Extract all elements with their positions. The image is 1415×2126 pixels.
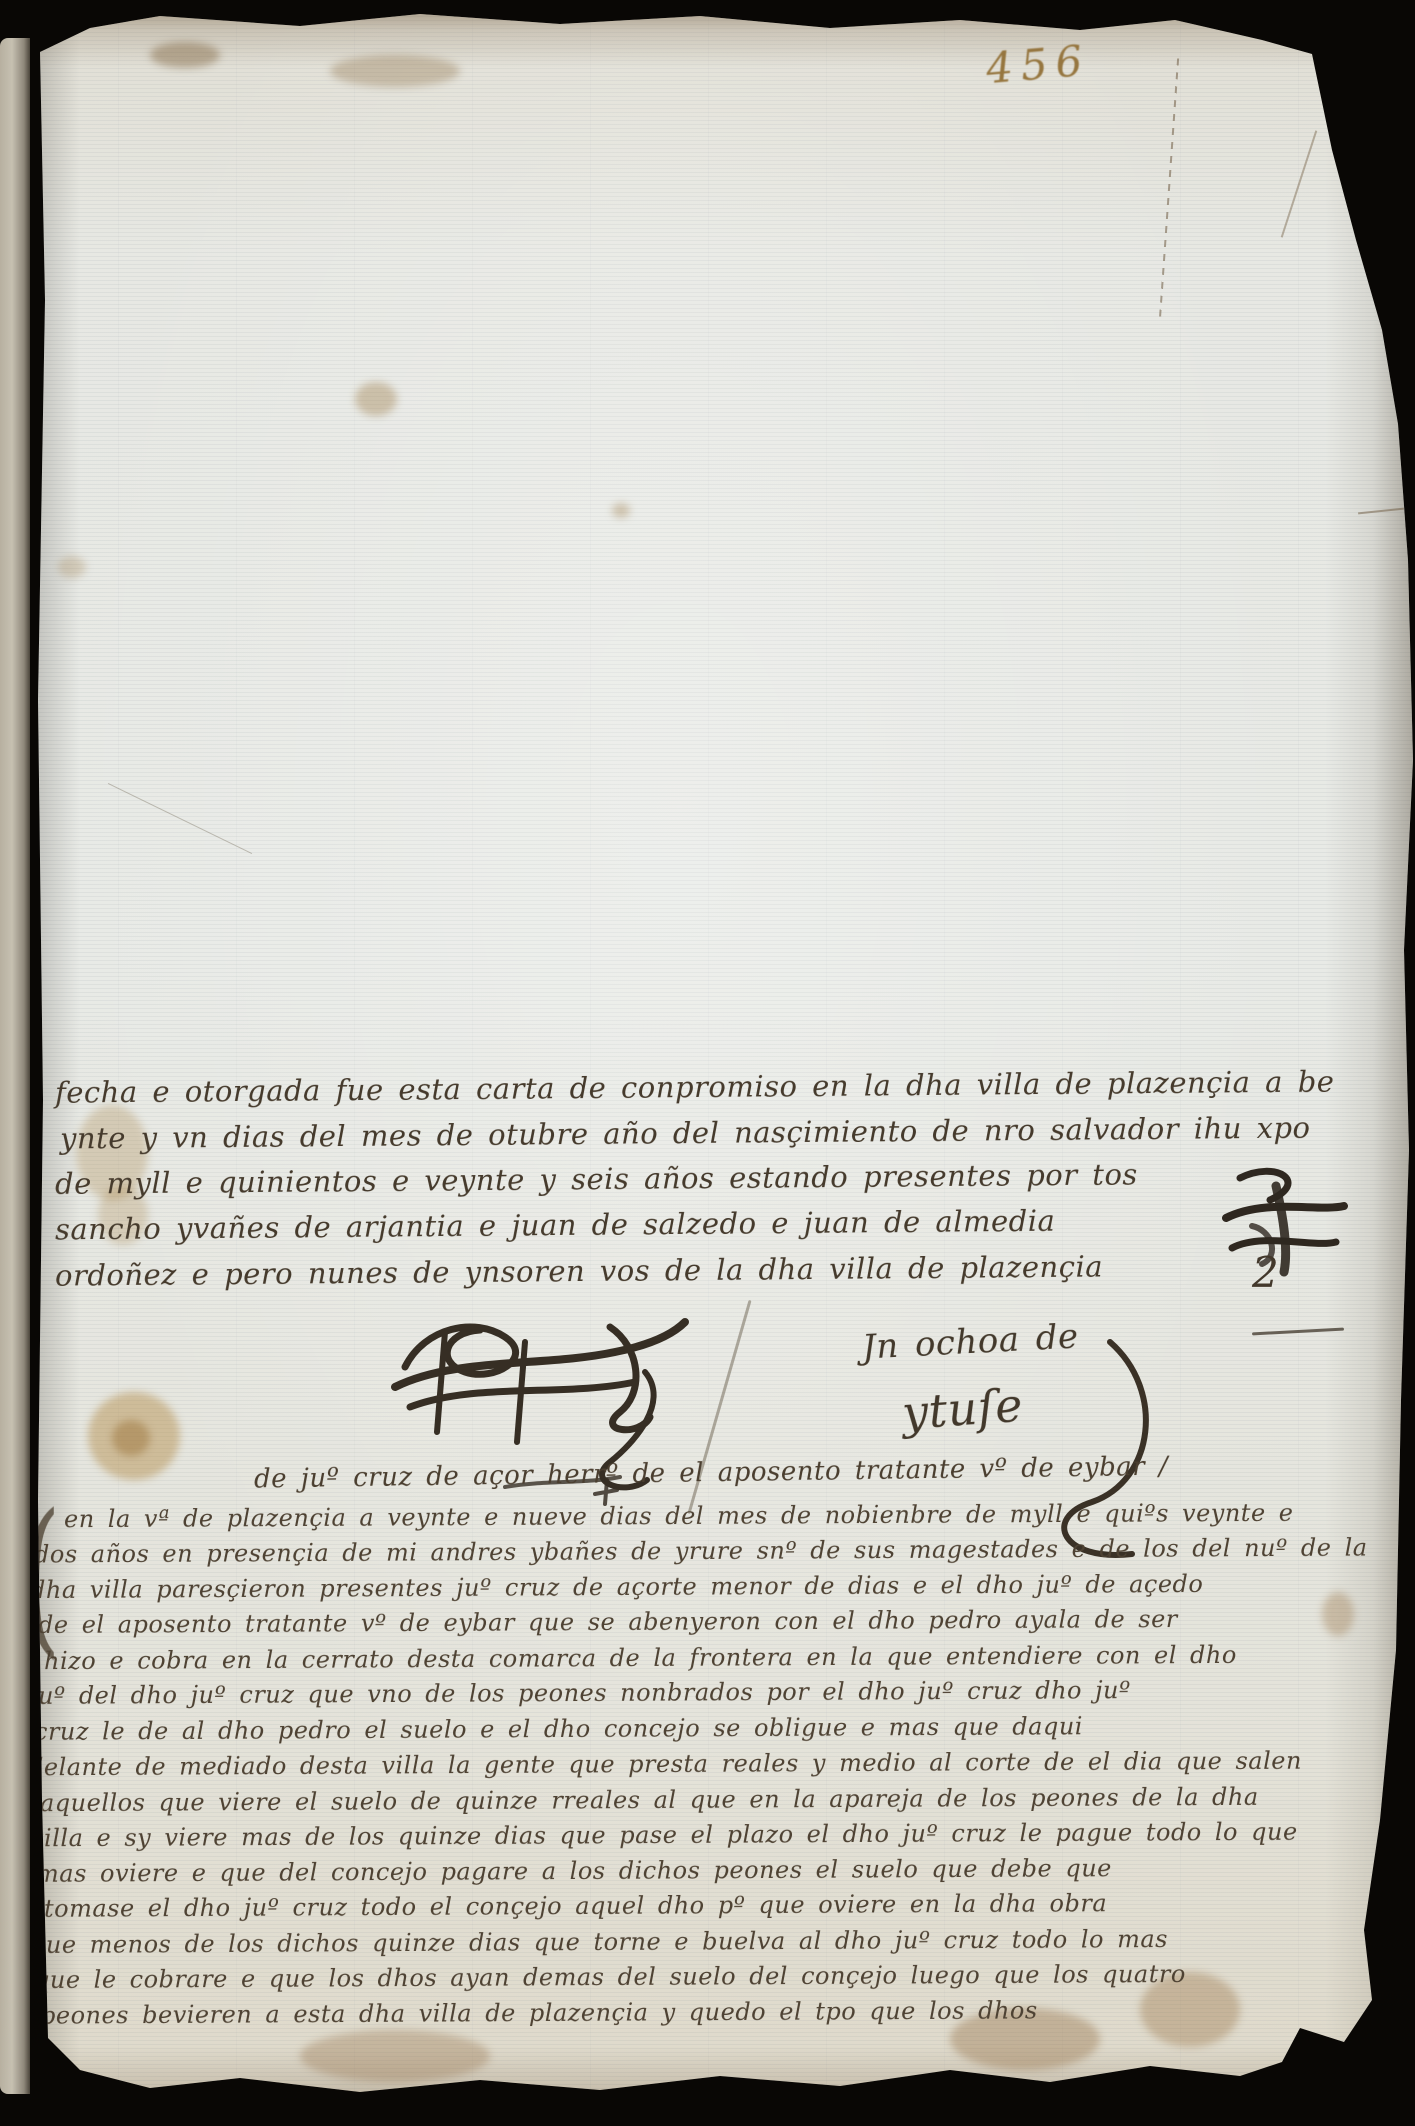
manuscript-line: delante de mediado desta villa la gente … xyxy=(28,1747,1302,1782)
manuscript-line: sancho yvañes de arjantia e juan de salz… xyxy=(55,1204,1056,1247)
paper-crack xyxy=(1281,130,1318,237)
manuscript-line: hizo e cobra en la cerrato desta comarca… xyxy=(44,1641,1237,1675)
photo-background: 456 fecha e otorgada fue esta carta de c… xyxy=(0,0,1415,2126)
stain xyxy=(300,2030,490,2082)
stain xyxy=(88,1392,180,1480)
manuscript-line: de el aposento tratante vº de eybar que … xyxy=(38,1605,1178,1639)
manuscript-line: ynte y vn dias del mes de otubre año del… xyxy=(60,1111,1311,1156)
manuscript-line: juº del dho juº cruz que vno de los peon… xyxy=(30,1676,1131,1710)
stain xyxy=(1322,1592,1354,1636)
manuscript-line: de myll e quinientos e veynte y seis año… xyxy=(55,1157,1138,1200)
paper-crack xyxy=(1358,508,1404,515)
manuscript-line: tomase el dho juº cruz todo el conçejo a… xyxy=(44,1889,1107,1923)
margin-scribble xyxy=(1218,1160,1388,1360)
folio-number: 456 xyxy=(984,36,1092,94)
stain xyxy=(355,382,397,416)
stain xyxy=(612,503,630,518)
manuscript-line: villa e sy viere mas de los quinze dias … xyxy=(30,1818,1298,1853)
paper-fiber xyxy=(108,783,252,854)
stain xyxy=(58,556,86,578)
adjacent-folio-edge xyxy=(0,38,30,2094)
manuscript-line: peones bevieren a esta dha villa de plaz… xyxy=(40,1996,1038,2029)
manuscript-line: que menos de los dichos quinze dias que … xyxy=(30,1925,1168,1959)
manuscript-line: mas oviere e que del concejo pagare a lo… xyxy=(36,1854,1112,1888)
manuscript-page: 456 fecha e otorgada fue esta carta de c… xyxy=(0,0,1415,2126)
manuscript-line: dha villa paresçieron presentes juº cruz… xyxy=(30,1570,1203,1604)
manuscript-line: aquellos que viere el suelo de quinze rr… xyxy=(40,1783,1259,1817)
manuscript-line: cruz le de al dho pedro el suelo e el dh… xyxy=(34,1712,1083,1745)
stain xyxy=(150,42,220,68)
margin-mark: 2 xyxy=(1252,1248,1279,1297)
paper-crack xyxy=(1159,58,1179,320)
stain xyxy=(330,55,460,87)
manuscript-line: ordoñez e pero nunes de ynsoren vos de l… xyxy=(55,1249,1103,1292)
manuscript-line: fecha e otorgada fue esta carta de conpr… xyxy=(55,1064,1335,1109)
manuscript-line: que le cobrare e que los dhos ayan demas… xyxy=(34,1960,1186,1994)
stain xyxy=(112,1420,150,1456)
